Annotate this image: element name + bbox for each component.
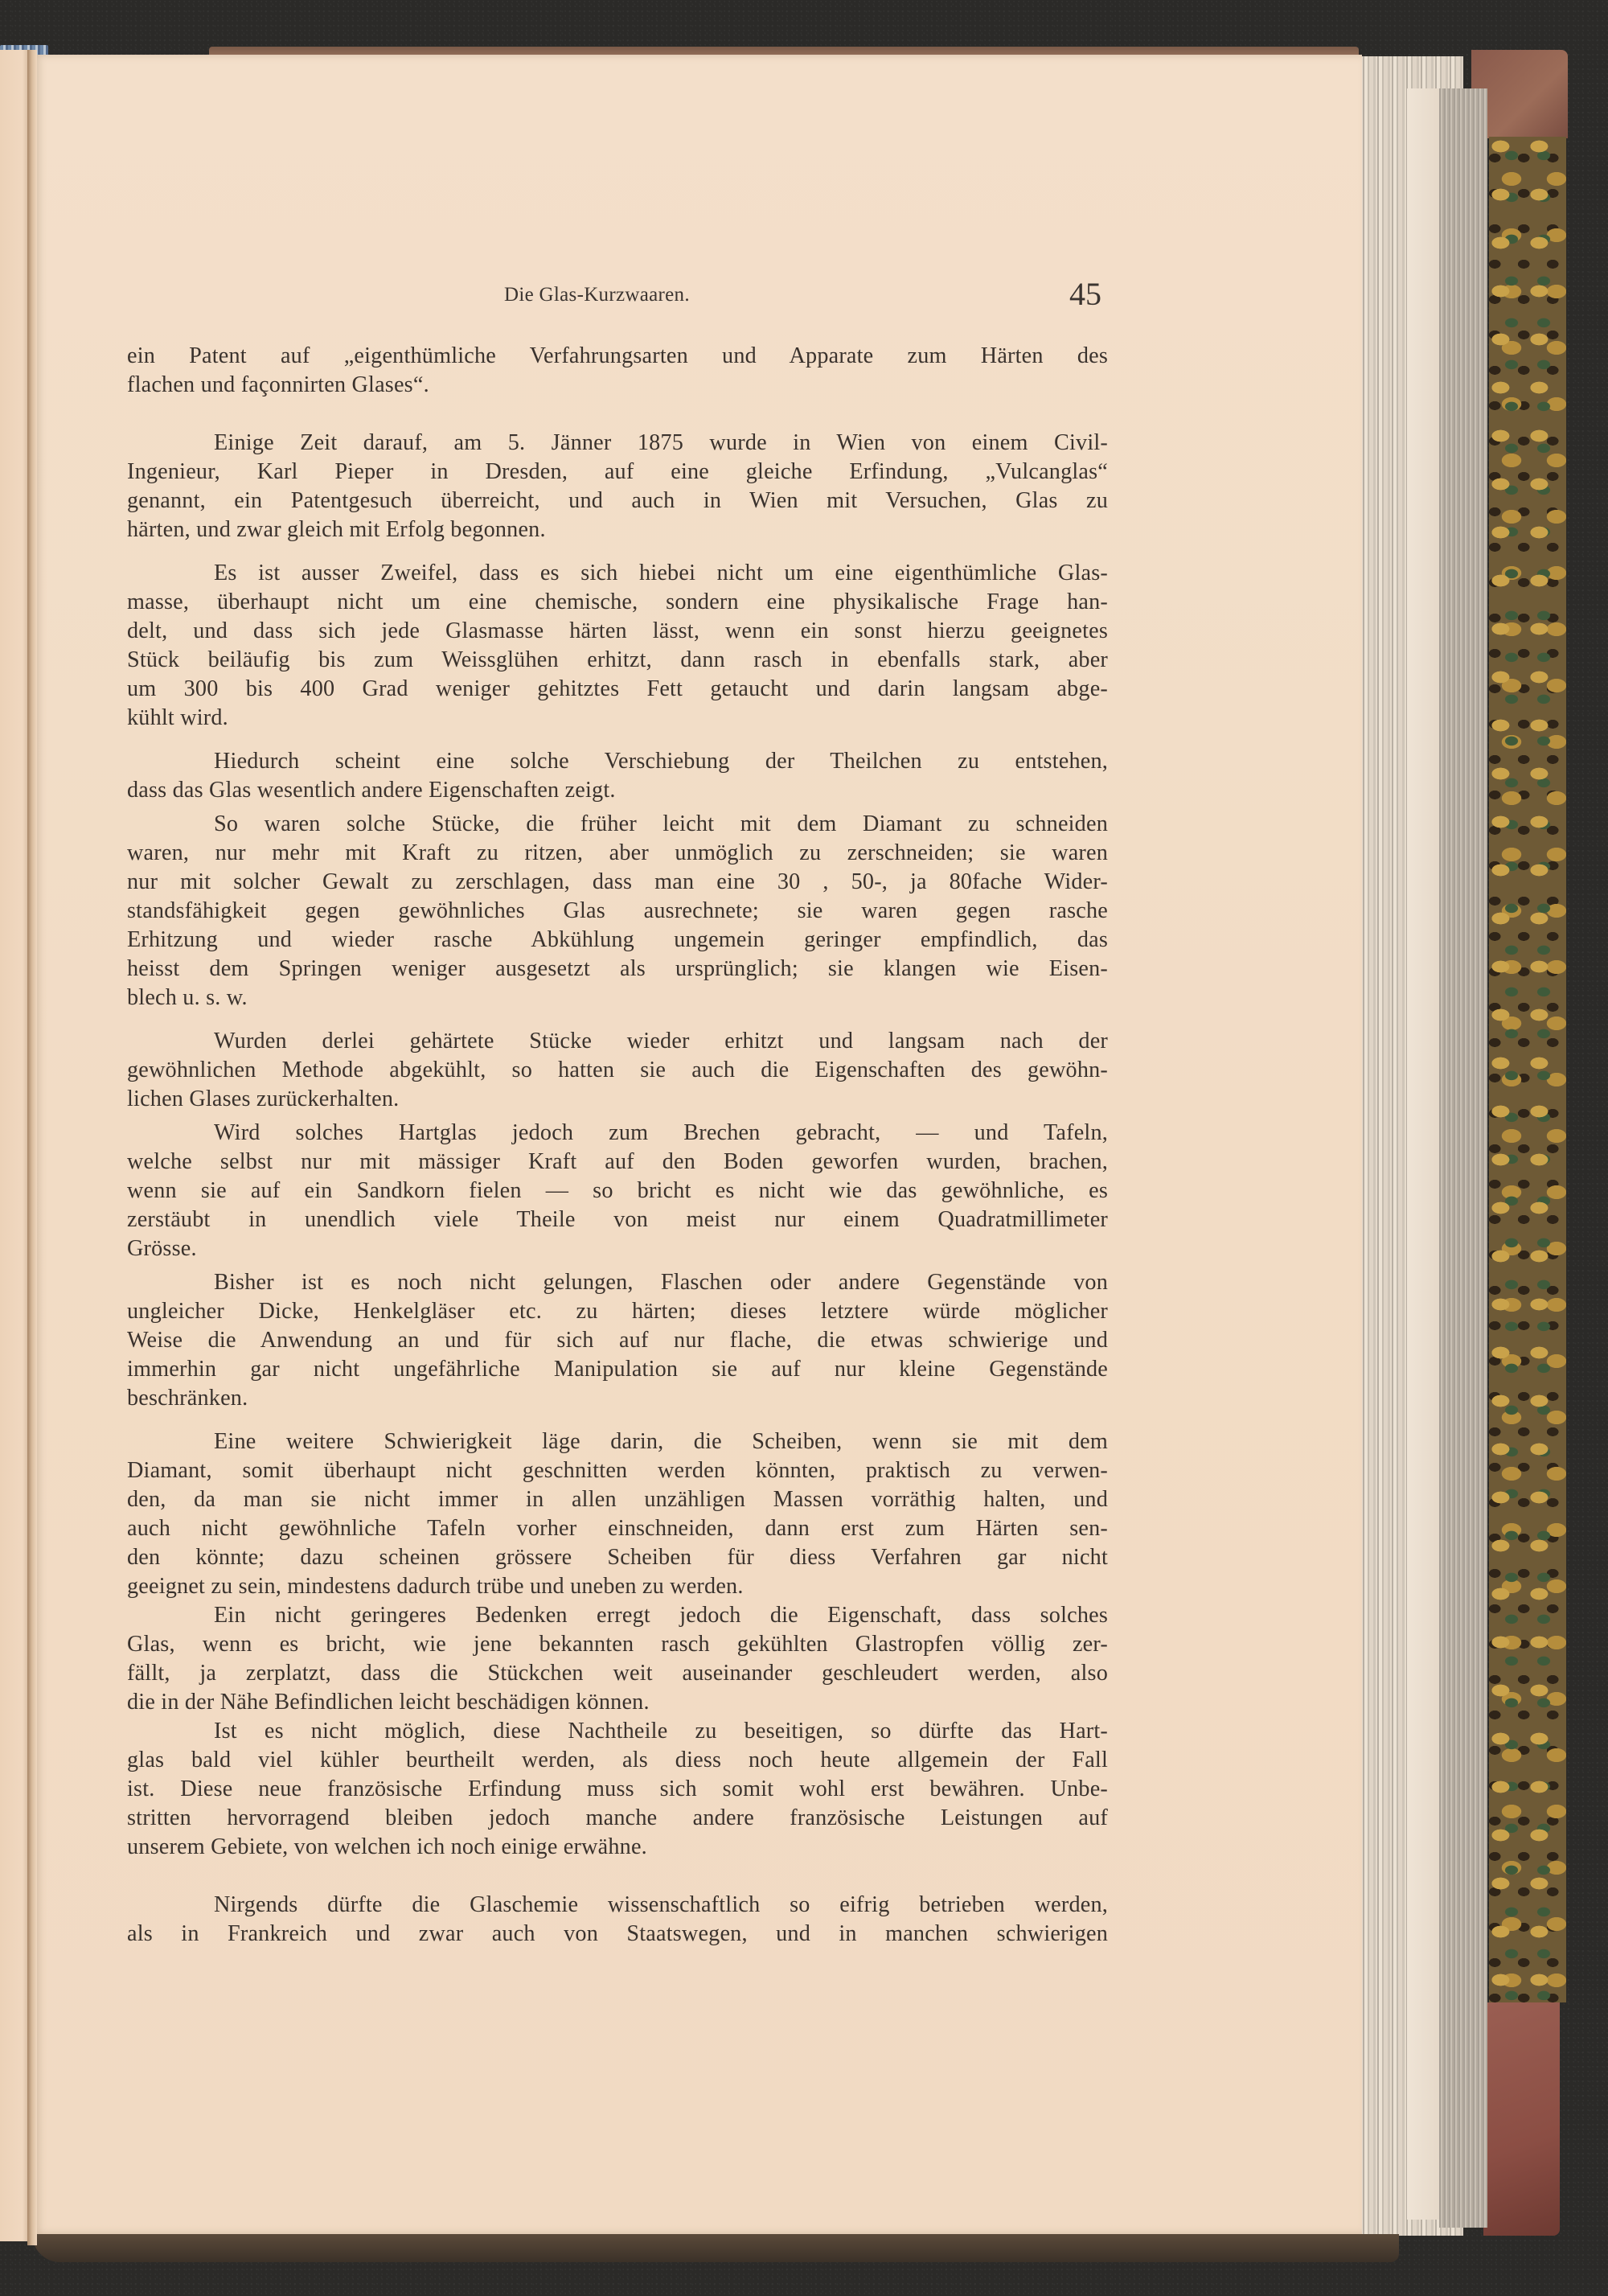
text-line: glas bald viel kühler beurtheilt werden,… bbox=[127, 1746, 1108, 1775]
text-line: Grösse. bbox=[127, 1234, 1108, 1263]
paragraph-spacer bbox=[127, 1862, 1108, 1891]
paragraph-spacer bbox=[127, 544, 1108, 559]
text-line: unserem Gebiete, von welchen ich noch ei… bbox=[127, 1833, 1108, 1862]
text-line: stritten hervorragend bleiben jedoch man… bbox=[127, 1804, 1108, 1833]
text-line: blech u. s. w. bbox=[127, 984, 1108, 1012]
paragraph: Einige Zeit darauf, am 5. Jänner 1875 wu… bbox=[127, 429, 1108, 544]
paragraph-spacer bbox=[127, 1012, 1108, 1027]
paragraph: Ist es nicht möglich, diese Nachtheile z… bbox=[127, 1717, 1108, 1862]
paragraph: Ein nicht geringeres Bedenken erregt jed… bbox=[127, 1601, 1108, 1717]
body-text: ein Patent auf „eigenthümliche Verfahrun… bbox=[127, 342, 1108, 1949]
text-line: Erhitzung und wieder rasche Abkühlung un… bbox=[127, 926, 1108, 955]
text-line: den könnte; dazu scheinen grössere Schei… bbox=[127, 1543, 1108, 1572]
paragraph-spacer bbox=[127, 1413, 1108, 1427]
text-line: härten, und zwar gleich mit Erfolg begon… bbox=[127, 515, 1108, 544]
text-line: Wird solches Hartglas jedoch zum Brechen… bbox=[127, 1119, 1108, 1148]
text-line: So waren solche Stücke, die früher leich… bbox=[127, 810, 1108, 839]
running-head: Die Glas-Kurzwaaren. bbox=[504, 284, 690, 306]
paragraph: ein Patent auf „eigenthümliche Verfahrun… bbox=[127, 342, 1108, 400]
paragraph: Wird solches Hartglas jedoch zum Brechen… bbox=[127, 1119, 1108, 1263]
text-line: Ein nicht geringeres Bedenken erregt jed… bbox=[127, 1601, 1108, 1630]
paragraph-spacer bbox=[127, 400, 1108, 429]
paragraph: Hiedurch scheint eine solche Verschiebun… bbox=[127, 747, 1108, 805]
paragraph: Eine weitere Schwierigkeit läge darin, d… bbox=[127, 1427, 1108, 1601]
paragraph: So waren solche Stücke, die früher leich… bbox=[127, 810, 1108, 1012]
text-line: um 300 bis 400 Grad weniger gehitztes Fe… bbox=[127, 675, 1108, 704]
text-line: geeignet zu sein, mindestens dadurch trü… bbox=[127, 1572, 1108, 1601]
text-line: welche selbst nur mit mässiger Kraft auf… bbox=[127, 1148, 1108, 1177]
text-line: die in der Nähe Befindlichen leicht besc… bbox=[127, 1688, 1108, 1717]
text-line: waren, nur mehr mit Kraft zu ritzen, abe… bbox=[127, 839, 1108, 868]
text-line: Eine weitere Schwierigkeit läge darin, d… bbox=[127, 1427, 1108, 1456]
text-line: flachen und façonnirten Glases“. bbox=[127, 371, 1108, 400]
text-line: nur mit solcher Gewalt zu zerschlagen, d… bbox=[127, 868, 1108, 897]
text-line: Stück beiläufig bis zum Weissglühen erhi… bbox=[127, 646, 1108, 675]
book-cover-leather-corner-bottom bbox=[1483, 2002, 1560, 2236]
text-line: Nirgends dürfte die Glaschemie wissensch… bbox=[127, 1891, 1108, 1920]
text-line: ungleicher Dicke, Henkelgläser etc. zu h… bbox=[127, 1297, 1108, 1326]
page-stack-dark-band bbox=[1439, 88, 1487, 2228]
text-line: auch nicht gewöhnliche Tafeln vorher ein… bbox=[127, 1514, 1108, 1543]
page-stack-light-band bbox=[1407, 88, 1439, 2220]
text-line: immerhin gar nicht ungefährliche Manipul… bbox=[127, 1355, 1108, 1384]
text-line: Diamant, somit überhaupt nicht geschnitt… bbox=[127, 1456, 1108, 1485]
text-line: Wurden derlei gehärtete Stücke wieder er… bbox=[127, 1027, 1108, 1056]
text-line: fällt, ja zerplatzt, dass die Stückchen … bbox=[127, 1659, 1108, 1688]
page-number: 45 bbox=[1069, 275, 1101, 313]
text-line: genannt, ein Patentgesuch überreicht, un… bbox=[127, 487, 1108, 515]
paragraph-spacer bbox=[127, 733, 1108, 747]
paragraph: Es ist ausser Zweifel, dass es sich hieb… bbox=[127, 559, 1108, 733]
text-line: delt, und dass sich jede Glasmasse härte… bbox=[127, 617, 1108, 646]
text-line: masse, überhaupt nicht um eine chemische… bbox=[127, 588, 1108, 617]
text-line: zerstäubt in unendlich viele Theile von … bbox=[127, 1206, 1108, 1234]
book-cover-marbled-board bbox=[1489, 137, 1566, 2002]
paragraph: Bisher ist es noch nicht gelungen, Flasc… bbox=[127, 1268, 1108, 1413]
text-line: lichen Glases zurückerhalten. bbox=[127, 1085, 1108, 1114]
text-line: gewöhnlichen Methode abgekühlt, so hatte… bbox=[127, 1056, 1108, 1085]
text-line: Ist es nicht möglich, diese Nachtheile z… bbox=[127, 1717, 1108, 1746]
text-line: beschränken. bbox=[127, 1384, 1108, 1413]
text-line: Hiedurch scheint eine solche Verschiebun… bbox=[127, 747, 1108, 776]
page-bottom-shadow bbox=[32, 2234, 1399, 2262]
text-line: Einige Zeit darauf, am 5. Jänner 1875 wu… bbox=[127, 429, 1108, 458]
text-line: Glas, wenn es bricht, wie jene bekannten… bbox=[127, 1630, 1108, 1659]
text-line: kühlt wird. bbox=[127, 704, 1108, 733]
paragraph: Nirgends dürfte die Glaschemie wissensch… bbox=[127, 1891, 1108, 1949]
text-line: dass das Glas wesentlich andere Eigensch… bbox=[127, 776, 1108, 805]
text-line: standsfähigkeit gegen gewöhnliches Glas … bbox=[127, 897, 1108, 926]
text-line: Weise die Anwendung an und für sich auf … bbox=[127, 1326, 1108, 1355]
text-line: als in Frankreich und zwar auch von Staa… bbox=[127, 1920, 1108, 1949]
paragraph: Wurden derlei gehärtete Stücke wieder er… bbox=[127, 1027, 1108, 1114]
book-gutter bbox=[27, 50, 37, 2245]
text-line: heisst dem Springen weniger ausgesetzt a… bbox=[127, 955, 1108, 984]
text-line: wenn sie auf ein Sandkorn fielen — so br… bbox=[127, 1177, 1108, 1206]
text-line: Bisher ist es noch nicht gelungen, Flasc… bbox=[127, 1268, 1108, 1297]
text-line: Ingenieur, Karl Pieper in Dresden, auf e… bbox=[127, 458, 1108, 487]
text-line: Es ist ausser Zweifel, dass es sich hieb… bbox=[127, 559, 1108, 588]
text-line: ein Patent auf „eigenthümliche Verfahrun… bbox=[127, 342, 1108, 371]
text-line: ist. Diese neue französische Erfindung m… bbox=[127, 1775, 1108, 1804]
text-line: den, da man sie nicht immer in allen unz… bbox=[127, 1485, 1108, 1514]
